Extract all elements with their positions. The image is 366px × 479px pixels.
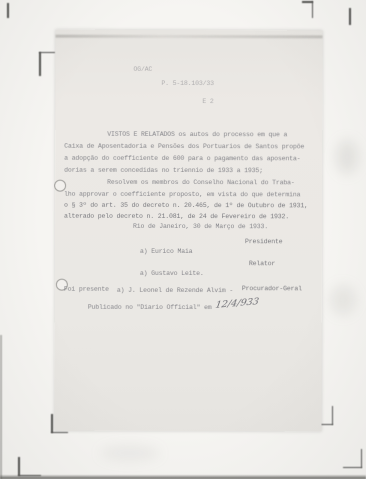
body-line: dorias a serem concedidas no triennio de… <box>64 167 263 175</box>
body-line: Caixa de Aposentadoria e Pensões dos Por… <box>64 143 304 151</box>
procurador-title: Procurador-Geral <box>242 285 302 292</box>
crop-mark-top-left-horizontal <box>39 52 55 54</box>
photo-edge-band-bottom <box>0 475 366 479</box>
registration-mark-top-right-tick <box>349 8 351 25</box>
document-page: OG/AC P. 5-18.103/33 E 2 VISTOS E RELATA… <box>54 30 322 432</box>
crop-mark-bottom-left-horizontal <box>51 432 68 434</box>
procurador-signature: a) J. Leonel de Rezende Alvim - <box>117 287 233 294</box>
dept-code: OG/AC <box>133 66 152 73</box>
body-line: Resolvem os membros do Conselho Nacional… <box>107 179 295 186</box>
scanned-photo-background: OG/AC P. 5-18.103/33 E 2 VISTOS E RELATA… <box>0 0 366 479</box>
present-label: Foi presente <box>64 286 109 293</box>
handwritten-publication-date: 12/4/933 <box>215 296 260 311</box>
paper-smudge <box>330 285 356 315</box>
registration-mark-bottom-right-vertical <box>361 449 363 468</box>
registration-mark-top-right-vertical <box>312 1 314 18</box>
registration-mark-top-left-tick <box>7 3 9 18</box>
body-line: alterado pelo decreto n. 21.081, de 24 d… <box>64 213 289 221</box>
crop-mark-top-left-vertical <box>39 52 41 76</box>
body-line: VISTOS E RELATADOS os autos do processo … <box>107 131 287 138</box>
relator-title: Relator <box>249 260 275 267</box>
body-line: a adopção do coefficiente de 600 para o … <box>64 155 300 163</box>
publication-label: Publicado no "Diario Official" em <box>88 304 212 311</box>
crop-mark-bottom-left-vertical <box>51 414 53 433</box>
dateline: Rio de Janeiro, 30 de Março de 1933. <box>133 223 268 230</box>
president-signature: a) Eurico Maia <box>140 248 193 255</box>
process-number: P. 5-18.103/33 <box>161 80 214 87</box>
paper-smudge <box>336 140 358 174</box>
crop-mark-bottom-right-vertical <box>332 406 334 425</box>
relator-signature: a) Gustavo Leite. <box>140 270 204 277</box>
registration-mark-bottom-left-vertical <box>18 457 20 476</box>
body-line: lho approvar o coefficiente proposto, em… <box>64 191 300 199</box>
president-title: Presidente <box>245 238 283 245</box>
registration-mark-bottom-right-horizontal <box>343 467 362 469</box>
body-line: o § 3º do art. 35 do decreto n. 20.465, … <box>64 202 308 210</box>
photo-edge-line-left <box>0 335 2 479</box>
torn-top-edge-shadow <box>56 35 323 39</box>
paper-smudge <box>100 445 160 461</box>
section-code: E 2 <box>202 98 213 105</box>
